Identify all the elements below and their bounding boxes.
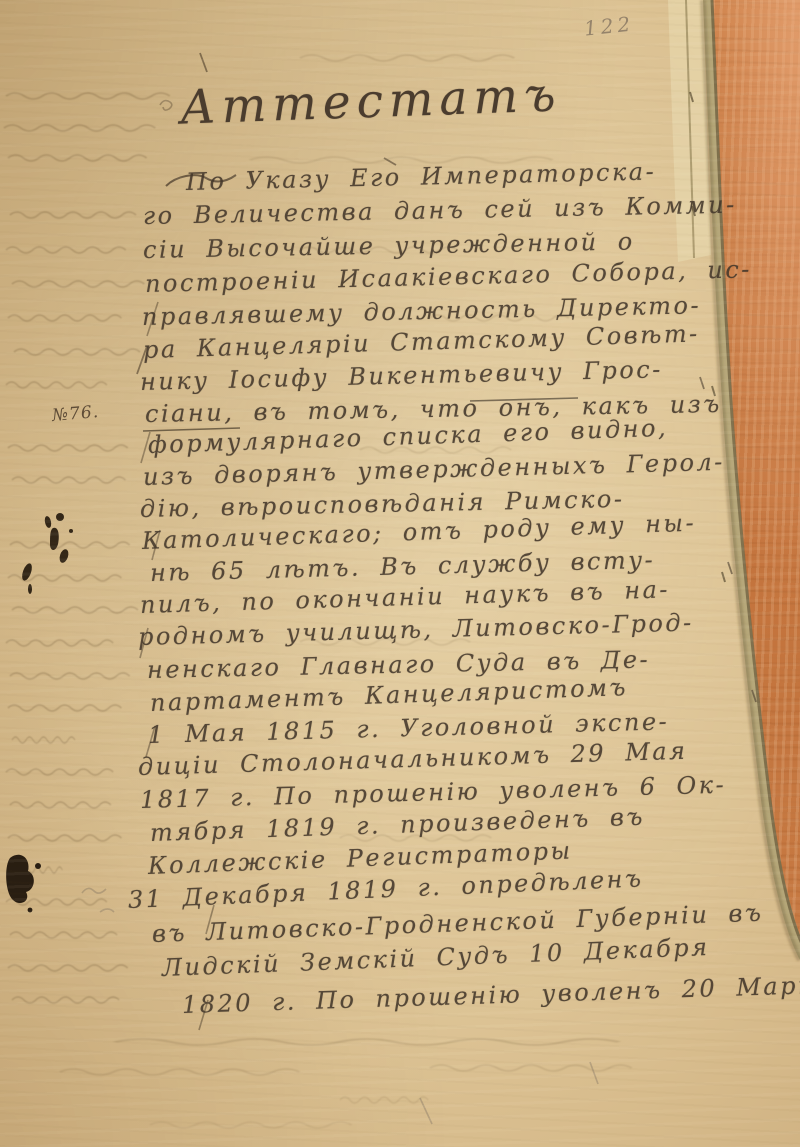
margin-note-number: №76. [51,402,100,426]
manuscript-page: 122 Аттестатъ №76. По Указу Его Императо… [0,0,800,1147]
